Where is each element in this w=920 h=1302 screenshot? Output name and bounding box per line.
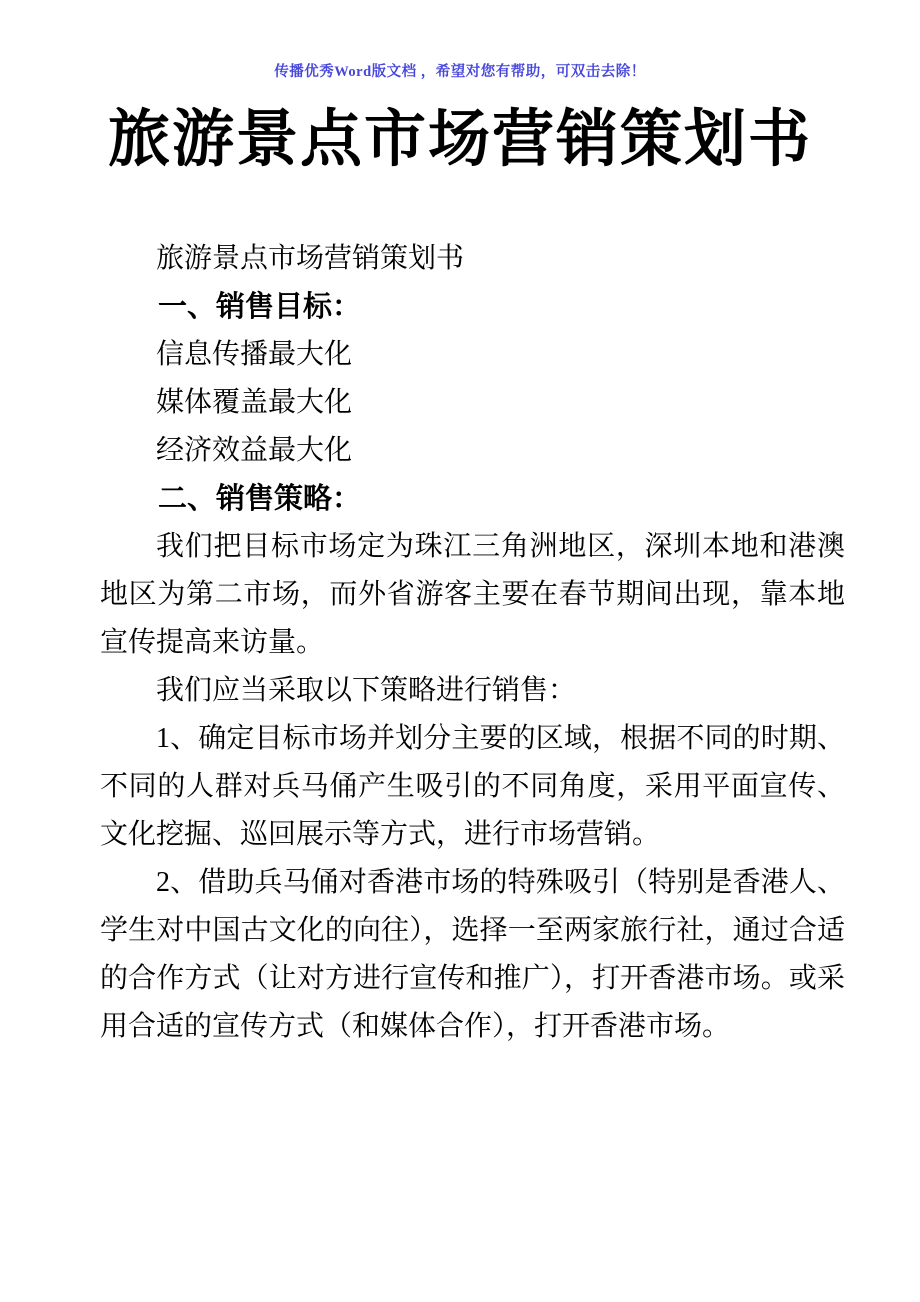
paragraph: 经济效益最大化	[100, 427, 845, 475]
paragraph: 我们把目标市场定为珠江三角洲地区，深圳本地和港澳地区为第二市场，而外省游客主要在…	[100, 523, 845, 667]
paragraph: 旅游景点市场营销策划书	[100, 235, 845, 283]
paragraph: 信息传播最大化	[100, 331, 845, 379]
paragraph: 一、销售目标：	[100, 283, 845, 331]
document-body: 旅游景点市场营销策划书 一、销售目标： 信息传播最大化 媒体覆盖最大化 经济效益…	[100, 235, 845, 1051]
document-title: 旅游景点市场营销策划书	[0, 101, 920, 179]
paragraph: 1、确定目标市场并划分主要的区域，根据不同的时期、不同的人群对兵马俑产生吸引的不…	[100, 715, 845, 859]
paragraph: 2、借助兵马俑对香港市场的特殊吸引（特别是香港人、学生对中国古文化的向往），选择…	[100, 859, 845, 1051]
document-page: 传播优秀Word版文档 ，希望对您有帮助，可双击去除！ 旅游景点市场营销策划书 …	[0, 0, 920, 1302]
paragraph: 我们应当采取以下策略进行销售：	[100, 667, 845, 715]
paragraph: 二、销售策略：	[100, 475, 845, 523]
paragraph: 媒体覆盖最大化	[100, 379, 845, 427]
promo-notice[interactable]: 传播优秀Word版文档 ，希望对您有帮助，可双击去除！	[0, 0, 920, 81]
